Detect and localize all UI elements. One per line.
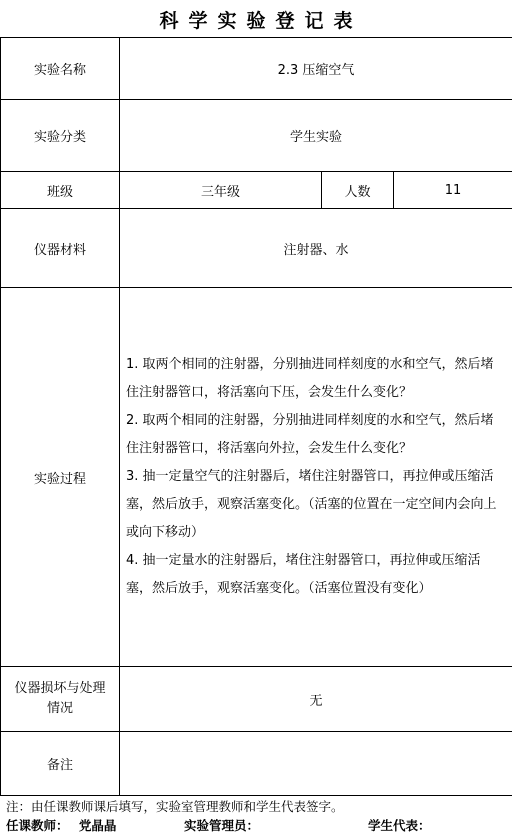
label-materials: 仪器材料 [1, 209, 120, 288]
value-process: 1. 取两个相同的注射器，分别抽进同样刻度的水和空气，然后堵住注射器管口，将活塞… [120, 288, 512, 667]
value-damage: 无 [120, 667, 512, 732]
label-damage-line1: 仪器损坏与处理 [14, 681, 105, 696]
label-damage: 仪器损坏与处理 情况 [1, 667, 120, 732]
row-damage: 仪器损坏与处理 情况 无 [1, 667, 512, 732]
teacher-signature: 任课教师： 党晶晶 [6, 816, 116, 834]
teacher-label: 任课教师： [6, 818, 69, 833]
admin-signature: 实验管理员： [184, 816, 259, 834]
row-experiment-category: 实验分类 学生实验 [1, 100, 512, 172]
label-process: 实验过程 [1, 288, 120, 667]
process-step-1: 1. 取两个相同的注射器，分别抽进同样刻度的水和空气，然后堵住注射器管口，将活塞… [126, 351, 506, 407]
row-materials: 仪器材料 注射器、水 [1, 209, 512, 288]
value-experiment-category: 学生实验 [120, 100, 512, 172]
row-class: 班级 三年级 人数 11 [1, 172, 512, 209]
row-remarks: 备注 [1, 732, 512, 796]
process-step-4: 4. 抽一定量水的注射器后，堵住注射器管口，再拉伸或压缩活塞，然后放手，观察活塞… [126, 547, 506, 603]
page-title: 科学实验登记表 [0, 6, 512, 33]
label-student-count: 人数 [322, 172, 394, 209]
label-experiment-name: 实验名称 [1, 38, 120, 100]
value-class: 三年级 [120, 172, 322, 209]
teacher-name: 党晶晶 [79, 818, 117, 833]
row-experiment-name: 实验名称 2.3 压缩空气 [1, 38, 512, 100]
label-experiment-category: 实验分类 [1, 100, 120, 172]
value-remarks[interactable] [120, 732, 512, 796]
value-experiment-name: 2.3 压缩空气 [120, 38, 512, 100]
value-materials: 注射器、水 [120, 209, 512, 288]
process-step-2: 2. 取两个相同的注射器，分别抽进同样刻度的水和空气，然后堵住注射器管口，将活塞… [126, 407, 506, 463]
row-process: 实验过程 1. 取两个相同的注射器，分别抽进同样刻度的水和空气，然后堵住注射器管… [1, 288, 512, 667]
record-table: 实验名称 2.3 压缩空气 实验分类 学生实验 班级 三年级 人数 11 仪器材… [0, 37, 512, 796]
student-signature: 学生代表： [368, 816, 431, 834]
label-damage-line2: 情况 [47, 701, 73, 716]
label-remarks: 备注 [1, 732, 120, 796]
value-student-count: 11 [394, 172, 512, 209]
footer-note: 注：由任课教师课后填写，实验室管理教师和学生代表签字。 [6, 797, 344, 815]
label-class: 班级 [1, 172, 120, 209]
process-step-3: 3. 抽一定量空气的注射器后，堵住注射器管口，再拉伸或压缩活塞，然后放手，观察活… [126, 463, 506, 547]
